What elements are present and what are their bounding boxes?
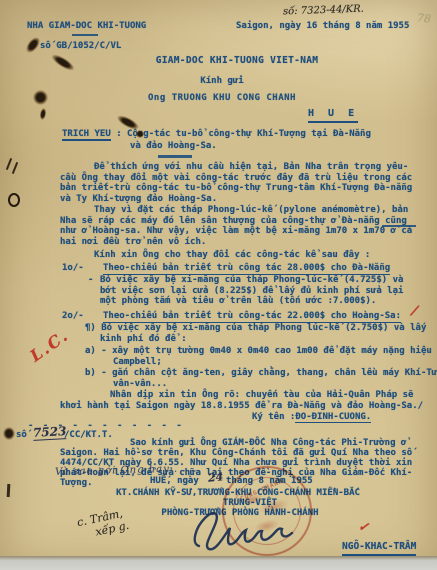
item-1-label: 1o/- [62,263,84,274]
signature [185,500,305,562]
item-2a-text: a) - xây một trụ tường 0m40 x 0m40 cao 1… [85,346,437,367]
item-2b-text: b) - gắn chân cột ăng-ten, giây chằng, t… [85,368,437,389]
red-initials: L.C. [26,325,72,365]
item-1-bullet: - [88,275,93,286]
city-name: H U E [308,109,358,123]
subject-line-1: TRICH YEU : Cộng-tác tu-bổ công-thự Khí-… [62,129,412,140]
ink-blot [136,130,144,138]
ink-ring [8,193,20,207]
document-ref-number: số GB/1052/C/VL [40,41,121,52]
pencil-page-number: 78 [416,11,431,25]
signed-line: Ký tên :ĐO-ĐINH-CUONG. [252,412,371,423]
body-paragraph-3: Kính xin Ông cho thay đổi các công-tác k… [60,250,424,261]
item-2-intro: ¶) Bỏ việc xây bệ xi-măng của tháp Phong… [85,323,437,344]
signed-label: Ký tên : [252,412,295,422]
signer-name: NGÔ-KHAC-TRÂM [342,542,416,556]
forward-ref-prefix: số [16,430,27,441]
recipient-line: Ong TRUONG KHU CONG CHANH [22,93,422,104]
subject-label: TRICH YEU [62,129,111,141]
ink-blot [33,90,48,105]
ink-blot [39,108,47,121]
office-underline [72,34,98,36]
org-title: GIAM-DOC KHI-TUONG VIET-NAM [57,56,417,67]
ink-blot [3,427,15,440]
signed-name: ĐO-ĐINH-CUONG. [295,412,371,423]
subject-text: : Cộng-tác tu-bổ công-thự Khí-Tượng tại … [111,129,371,139]
scan-edge [0,556,437,570]
body-paragraph-2: Thay vì đặt các tháp Phong-lúc-kế (pylon… [60,205,424,247]
closing-paragraph: Nhân dịp xin tin Ông rõ: chuyến tàu của … [60,390,426,411]
subject-rule [158,155,192,158]
dateline: Saigon, ngày 16 tháng 8 năm 1955 [236,21,409,32]
handwritten-ref-number: số: 7323-44/KR. [283,4,364,18]
body-paragraph-1: Để thích ứng với nhu cầu hiện tại, Bản N… [60,162,424,204]
item-1-heading: Theo-chiếu bản triết trù công tác 28.000… [103,263,390,275]
item-2-label: 2o/- [62,311,84,322]
item-1-text: Bỏ việc xây bệ xi-măng của tháp Phong-lú… [100,275,422,307]
item-2-heading: Theo-chiếu bản triết trù công-tác 22.000… [103,311,401,323]
ink-scratch [12,162,18,174]
ink-blot [50,52,77,73]
ink-scratch [6,158,12,170]
scanned-letter-page: số: 7323-44/KR. 78 NHA GIAM-DOC KHI-TUON… [0,0,437,570]
handwritten-day: 24 [207,470,224,485]
word-underline [382,225,416,227]
salutation: Kính gửi [22,76,422,87]
sender-office-name: NHA GIAM-DOC KHI-TUONG [27,21,146,32]
ink-scratch [7,484,11,497]
place-date-pre: HUẾ, ngày [150,476,199,487]
subject-line-2: và đảo Hoàng-Sa. [130,141,217,152]
check-mark-icon: ✓ [357,519,370,535]
